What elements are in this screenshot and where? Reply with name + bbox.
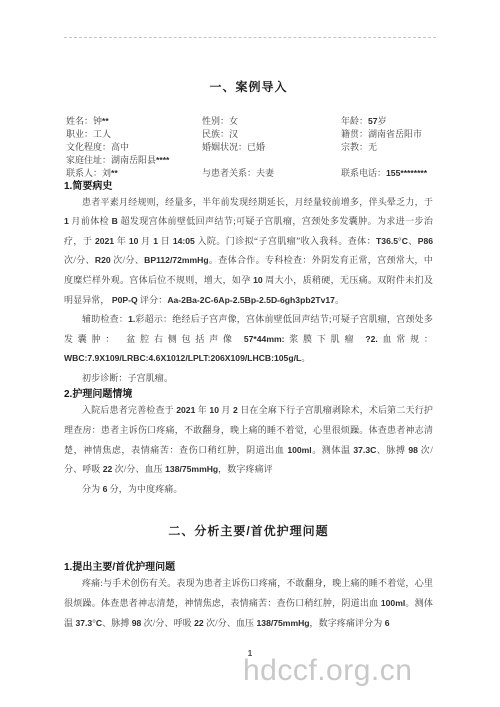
patient-info: 姓名：钟** 性别：女 年龄：57岁 职业：工人 民族：汉 籍贯：湖南省岳阳市 …: [64, 115, 433, 180]
analysis-paragraph-1: 疼痛:与手术创伤有关。表现为患者主诉伤口疼痛，不敢翻身，晚上痛的睡不着觉，心里很…: [64, 574, 433, 633]
patient-contact-phone: 联系电话：155********: [341, 167, 433, 180]
patient-address: 家庭住址：湖南岳阳县****: [66, 154, 169, 167]
patient-contact-relation: 与患者关系：夫妻: [202, 167, 341, 180]
situation-paragraph-1: 入院后患者完善检查于 2021 年 10 月 2 日在全麻下行子宫肌瘤剥除术，术…: [64, 401, 433, 479]
analysis-subheading: 1.提出主要/首优护理问题: [64, 561, 433, 574]
situation-paragraph-2: 分为 6 分，为中度疼痛。: [64, 480, 433, 500]
history-paragraph-1: 患者平素月经规则，经量多，半年前发现经期延长，月经量较前增多，伴头晕乏力，于 1…: [64, 193, 433, 311]
patient-contact-name: 联系人：刘**: [66, 167, 202, 180]
patient-age: 年龄：57岁: [341, 115, 433, 128]
patient-origin: 籍贯：湖南省岳阳市: [341, 128, 433, 141]
page-content: 一、案例导入 姓名：钟** 性别：女 年龄：57岁 职业：工人 民族：汉 籍贯：…: [64, 0, 433, 633]
patient-ethnicity: 民族：汉: [202, 128, 341, 141]
section1-title: 一、案例导入: [64, 80, 433, 94]
section2-title: 二、分析主要/首优护理问题: [64, 524, 433, 538]
patient-info-row: 职业：工人 民族：汉 籍贯：湖南省岳阳市: [66, 128, 433, 141]
patient-marital-status: 婚姻状况：已婚: [202, 141, 341, 154]
patient-info-row: 姓名：钟** 性别：女 年龄：57岁: [66, 115, 433, 128]
patient-religion: 宗教：无: [341, 141, 433, 154]
patient-gender: 性别：女: [202, 115, 341, 128]
history-diagnosis: 初步诊断：子宫肌瘤。: [64, 369, 433, 389]
patient-info-row: 文化程度：高中 婚姻状况：已婚 宗教：无: [66, 141, 433, 154]
history-heading: 1.简要病史: [64, 180, 433, 193]
history-paragraph-2: 辅助检查：1.彩超示：绝经后子宫声像，宫体前壁低回声结节;可疑子宫肌瘤，宫颈处多…: [64, 310, 433, 369]
situation-heading: 2.护理问题情境: [64, 388, 433, 401]
watermark-text: hdccf.org.cn: [243, 654, 412, 688]
patient-info-row: 联系人：刘** 与患者关系：夫妻 联系电话：155********: [66, 167, 433, 180]
document-page: 一、案例导入 姓名：钟** 性别：女 年龄：57岁 职业：工人 民族：汉 籍贯：…: [0, 0, 500, 707]
patient-occupation: 职业：工人: [66, 128, 202, 141]
patient-name: 姓名：钟**: [66, 115, 202, 128]
patient-education: 文化程度：高中: [66, 141, 202, 154]
patient-info-row: 家庭住址：湖南岳阳县****: [66, 154, 433, 167]
